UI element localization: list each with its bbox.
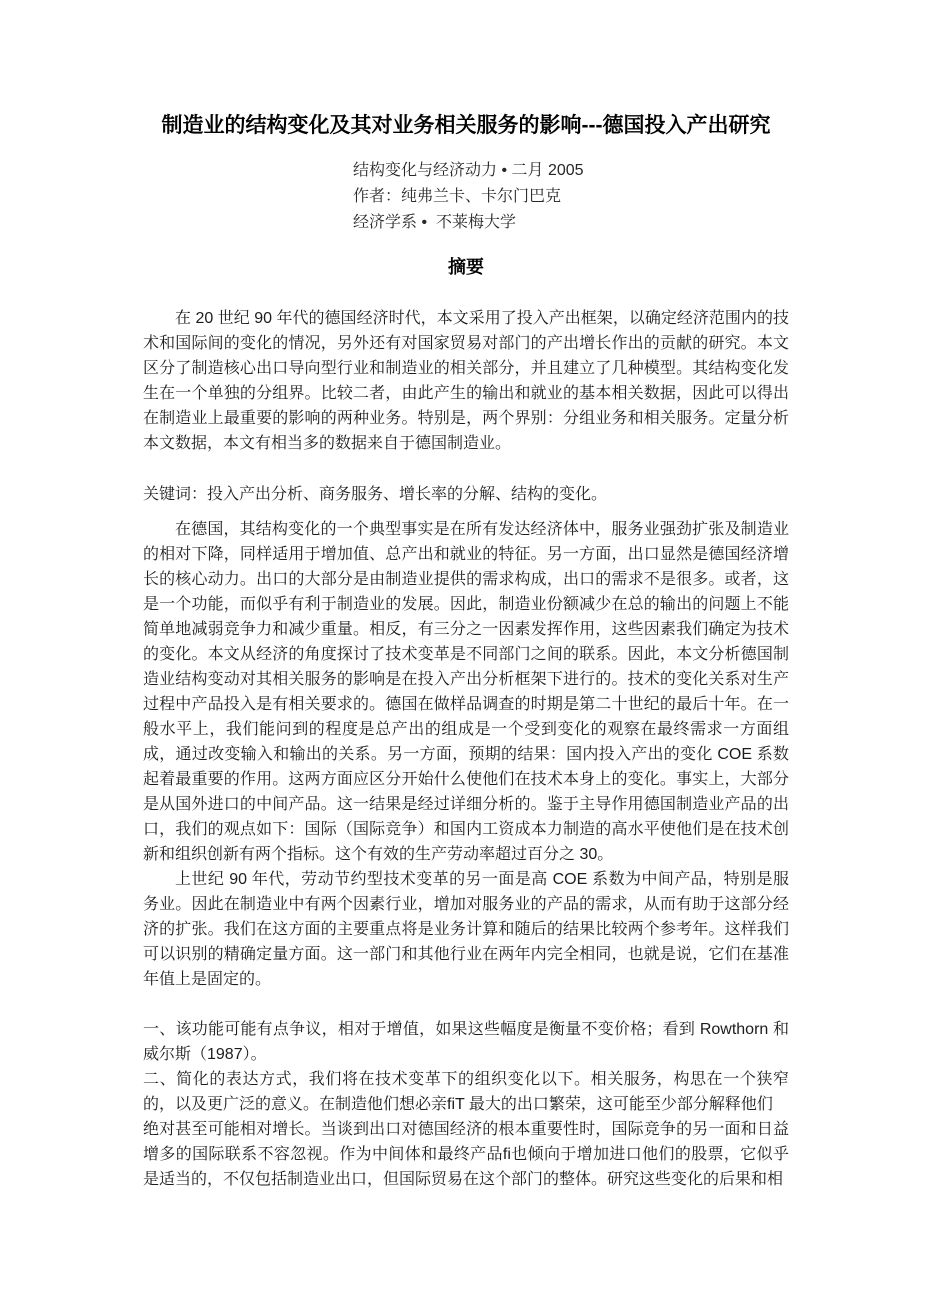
meta-affiliation-line: 经济学系 • 不莱梅大学 xyxy=(353,210,789,236)
keywords-line: 关键词：投入产出分析、商务服务、增长率的分解、结构的变化。 xyxy=(143,482,789,507)
meta-journal-line: 结构变化与经济动力 • 二月 2005 xyxy=(353,158,789,184)
body-paragraph-1: 在德国，其结构变化的一个典型事实是在所有发达经济体中，服务业强劲扩张及制造业的相… xyxy=(143,517,789,867)
abstract-heading: 摘要 xyxy=(143,254,789,280)
document-content: 制造业的结构变化及其对业务相关服务的影响---德国投入产出研究 结构变化与经济动… xyxy=(143,112,789,1192)
footnotes-section: 一、该功能可能有点争议，相对于增值，如果这些幅度是衡量不变价格；看到 Rowth… xyxy=(143,1017,789,1192)
footnote-2: 二、简化的表达方式，我们将在技术变革下的组织变化以下。相关服务，构思在一个狭窄的… xyxy=(143,1067,789,1192)
footnote-1: 一、该功能可能有点争议，相对于增值，如果这些幅度是衡量不变价格；看到 Rowth… xyxy=(143,1017,789,1067)
body-paragraph-2: 上世纪 90 年代，劳动节约型技术变革的另一面是高 COE 系数为中间产品，特别… xyxy=(143,867,789,992)
meta-authors-line: 作者：纯弗兰卡、卡尔门巴克 xyxy=(353,184,789,210)
document-title: 制造业的结构变化及其对业务相关服务的影响---德国投入产出研究 xyxy=(143,112,789,140)
meta-block: 结构变化与经济动力 • 二月 2005 作者：纯弗兰卡、卡尔门巴克 经济学系 •… xyxy=(143,158,789,236)
document-page: 制造业的结构变化及其对业务相关服务的影响---德国投入产出研究 结构变化与经济动… xyxy=(0,0,926,1309)
abstract-paragraph: 在 20 世纪 90 年代的德国经济时代，本文采用了投入产出框架，以确定经济范围… xyxy=(143,306,789,456)
